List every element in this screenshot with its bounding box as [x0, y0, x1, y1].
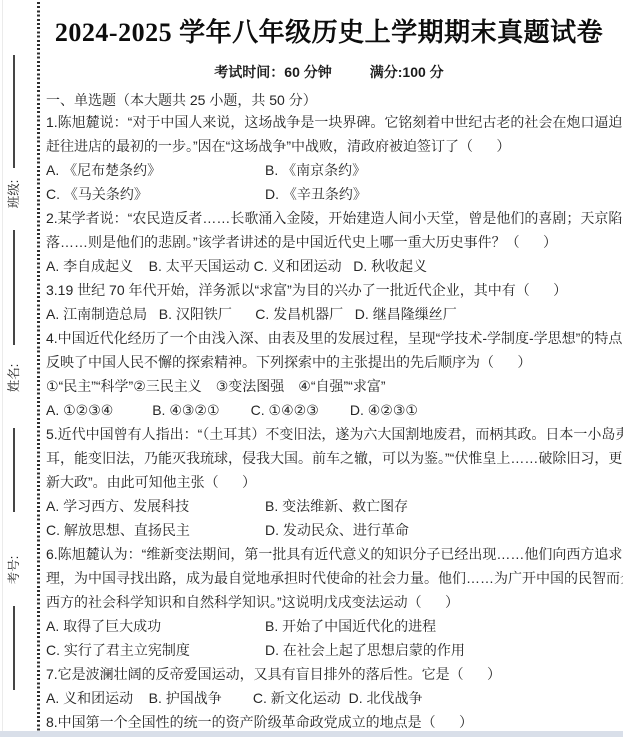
- question-2-line: 2.某学者说：“农民造反者……长歌涌入金陵，开始建造人间小天堂，曾是他们的喜剧；…: [46, 206, 616, 230]
- exam-score-label: 满分:100 分: [370, 64, 444, 80]
- question-6-line: C. 实行了君主立宪制度 D. 在社会上起了思想启蒙的作用: [46, 638, 616, 662]
- question-1-line: C. 《马关条约》 D. 《辛丑条约》: [46, 182, 616, 206]
- question-2-line: A. 李自成起义 B. 太平天国运动 C. 义和团运动 D. 秋收起义: [46, 254, 616, 278]
- page-title: 2024-2025 学年八年级历史上学期期末真题试卷: [46, 12, 612, 49]
- name-label-text: 姓名:: [4, 364, 22, 392]
- exam-number-label-text: 考号:: [4, 556, 22, 584]
- question-6-line: 6.陈旭麓认为：“维新变法期间，第一批具有近代意义的知识分子已经出现……他们向西…: [46, 542, 616, 566]
- seal-dotted-line: [37, 2, 40, 731]
- question-5-line: 耳，能变旧法，乃能灭我琉球，侵我大国。前车之辙，可以为鉴。”“伏惟皇上……破除旧…: [46, 446, 616, 470]
- question-6-line: A. 取得了巨大成功 B. 开始了中国近代化的进程: [46, 614, 616, 638]
- question-3-line: A. 江南制造总局 B. 汉阳铁厂 C. 发昌机器厂 D. 继昌隆缫丝厂: [46, 302, 616, 326]
- question-1-line: 赶往进店的最初的一步。”因在“这场战争”中战败，清政府被迫签订了（ ）: [46, 134, 616, 158]
- question-2-line: 落……则是他们的悲剧。”该学者讲述的是中国近代史上哪一重大历史事件？（ ）: [46, 230, 616, 254]
- exam-number-label: 考号:: [0, 544, 26, 596]
- question-5-line: A. 学习西方、发展科技 B. 变法维新、救亡图存: [46, 494, 616, 518]
- question-4-line: A. ①②③④ B. ④③②① C. ①④②③ D. ④②③①: [46, 398, 616, 422]
- question-7-line: 7.它是波澜壮阔的反帝爱国运动，又具有盲目排外的落后性。它是（ ）: [46, 662, 616, 686]
- section-heading: 一、单选题（本大题共 25 小题，共 50 分）: [46, 90, 612, 110]
- question-5-line: 新大政”。由此可知他主张（ ）: [46, 470, 616, 494]
- seal-fill-line: [13, 428, 15, 512]
- exam-time-label: 考试时间：60 分钟: [214, 64, 331, 80]
- seal-fill-line: [13, 606, 15, 690]
- name-label: 姓名:: [0, 352, 26, 404]
- question-list: 1.陈旭麓说：“对于中国人来说，这场战争是一块界碑。它铭刻着中世纪古老的社会在炮…: [46, 110, 616, 734]
- question-4-line: 4.中国近代化经历了一个由浅入深、由表及里的发展过程，呈现“学技术-学制度-学思…: [46, 326, 616, 350]
- question-5-line: 5.近代中国曾有人指出：“（土耳其）不变旧法，遂为六大国割地废君，而柄其政。日本…: [46, 422, 616, 446]
- question-1-line: 1.陈旭麓说：“对于中国人来说，这场战争是一块界碑。它铭刻着中世纪古老的社会在炮…: [46, 110, 616, 134]
- class-label-text: 班级:: [4, 180, 22, 208]
- exam-paper-page: 班级: 姓名: 考号: 2024-2025 学年八年级历史上学期期末真题试卷 考…: [0, 0, 623, 737]
- bottom-page-strip: [0, 731, 623, 737]
- question-1-line: A. 《尼布楚条约》 B. 《南京条约》: [46, 158, 616, 182]
- exam-info-line: 考试时间：60 分钟满分:100 分: [46, 62, 612, 82]
- question-7-line: A. 义和团运动 B. 护国战争 C. 新文化运动 D. 北伐战争: [46, 686, 616, 710]
- question-3-line: 3.19 世纪 70 年代开始，洋务派以“求富”为目的兴办了一批近代企业，其中有…: [46, 278, 616, 302]
- seal-fill-line: [13, 55, 15, 168]
- question-6-line: 理，为中国寻找出路，成为最自觉地承担时代使命的社会力量。他们……为广开中国的民智…: [46, 566, 616, 590]
- seal-fill-line: [13, 230, 15, 345]
- question-4-line: ①“民主”“科学”②三民主义 ③变法图强 ④“自强”“求富”: [46, 374, 616, 398]
- question-6-line: 西方的社会科学知识和自然科学知识。”这说明戊戌变法运动（ ）: [46, 590, 616, 614]
- class-label: 班级:: [0, 168, 26, 220]
- question-5-line: C. 解放思想、直扬民主 D. 发动民众、进行革命: [46, 518, 616, 542]
- question-4-line: 反映了中国人民不懈的探索精神。下列探索中的主张提出的先后顺序为（ ）: [46, 350, 616, 374]
